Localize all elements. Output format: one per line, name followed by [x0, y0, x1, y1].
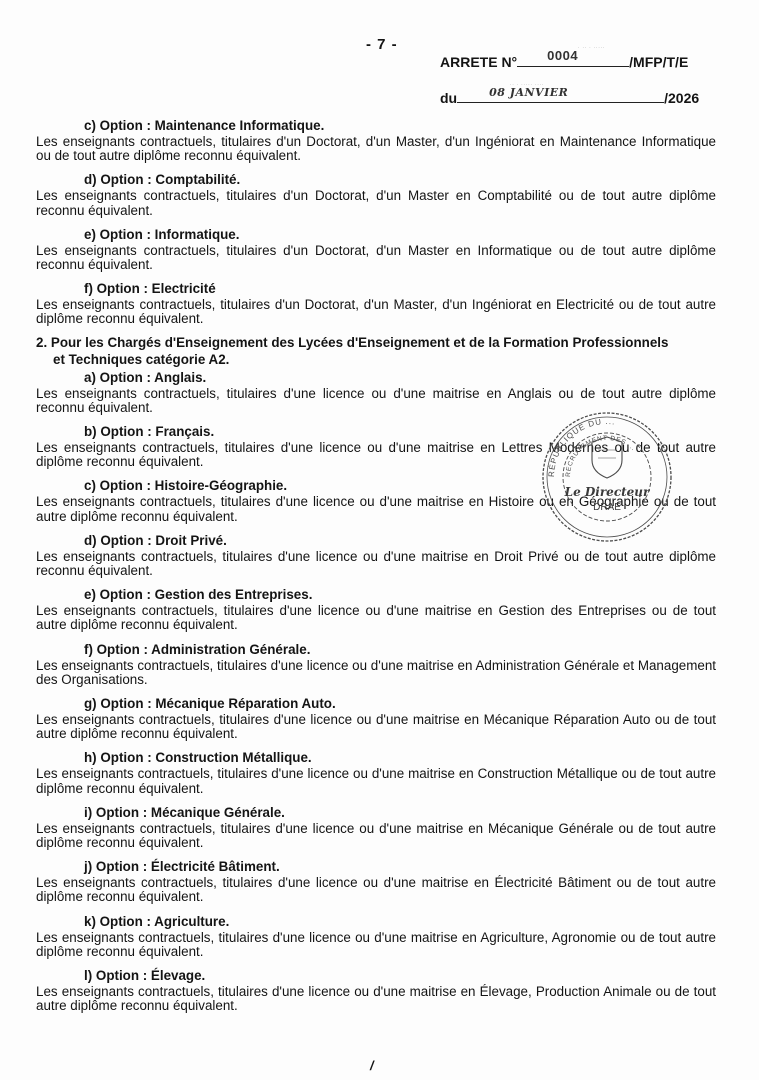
option-description: Les enseignants contractuels, titulaires… [36, 931, 716, 959]
arrete-number-line: ARRETE N°0004/MFP/T/E [440, 52, 725, 70]
section-1-options: c) Option : Maintenance Informatique.Les… [36, 116, 716, 327]
option-description: Les enseignants contractuels, titulaires… [36, 244, 716, 272]
document-page: - 7 - · ·· · ····· ARRETE N°0004/MFP/T/E… [0, 0, 759, 1080]
option-description: Les enseignants contractuels, titulaires… [36, 604, 716, 632]
option-description: Les enseignants contractuels, titulaires… [36, 298, 716, 326]
option-title: j) Option : Électricité Bâtiment. [36, 857, 716, 876]
option-description: Les enseignants contractuels, titulaires… [36, 822, 716, 850]
arrete-label: ARRETE N° [440, 54, 517, 70]
arrete-number-blank: 0004 [517, 52, 629, 67]
option-description: Les enseignants contractuels, titulaires… [36, 550, 716, 578]
option-description: Les enseignants contractuels, titulaires… [36, 767, 716, 795]
option-title: h) Option : Construction Métallique. [36, 748, 716, 767]
option-title: e) Option : Gestion des Entreprises. [36, 585, 716, 604]
option-description: Les enseignants contractuels, titulaires… [36, 189, 716, 217]
option-description: Les enseignants contractuels, titulaires… [36, 441, 716, 469]
option-title: d) Option : Droit Privé. [36, 531, 716, 550]
arrete-date-line: du08 JANVIER/2026 [440, 88, 725, 106]
section-2-title: 2. Pour les Chargés d'Enseignement des L… [36, 334, 716, 368]
option-description: Les enseignants contractuels, titulaires… [36, 876, 716, 904]
option-title: a) Option : Anglais. [36, 368, 716, 387]
option-description: Les enseignants contractuels, titulaires… [36, 135, 716, 163]
option-title: c) Option : Histoire-Géographie. [36, 476, 716, 495]
date-stamp: 08 JANVIER [489, 86, 568, 99]
option-title: f) Option : Administration Générale. [36, 640, 716, 659]
arrete-suffix: /MFP/T/E [629, 54, 688, 70]
option-description: Les enseignants contractuels, titulaires… [36, 387, 716, 415]
option-title: b) Option : Français. [36, 422, 716, 441]
option-title: f) Option : Electricité [36, 279, 716, 298]
section-2-title-line1: 2. Pour les Chargés d'Enseignement des L… [36, 335, 668, 350]
du-label: du [440, 90, 457, 106]
option-description: Les enseignants contractuels, titulaires… [36, 985, 716, 1013]
section-2-options: a) Option : Anglais.Les enseignants cont… [36, 368, 716, 1014]
option-title: k) Option : Agriculture. [36, 912, 716, 931]
arrete-number-stamp: 0004 [547, 48, 578, 63]
option-title: g) Option : Mécanique Réparation Auto. [36, 694, 716, 713]
page-number: - 7 - [366, 36, 398, 53]
option-title: c) Option : Maintenance Informatique. [36, 116, 716, 135]
option-description: Les enseignants contractuels, titulaires… [36, 495, 716, 523]
option-description: Les enseignants contractuels, titulaires… [36, 659, 716, 687]
document-body: c) Option : Maintenance Informatique.Les… [36, 116, 716, 1021]
date-blank: 08 JANVIER [457, 88, 664, 103]
option-title: i) Option : Mécanique Générale. [36, 803, 716, 822]
option-title: d) Option : Comptabilité. [36, 170, 716, 189]
option-description: Les enseignants contractuels, titulaires… [36, 713, 716, 741]
stamp-marks: · ·· · ····· [578, 45, 605, 50]
footer-mark: / [370, 1058, 374, 1073]
year-suffix: /2026 [664, 90, 699, 106]
option-title: e) Option : Informatique. [36, 225, 716, 244]
option-title: l) Option : Élevage. [36, 966, 716, 985]
section-2-title-line2: et Techniques catégorie A2. [36, 351, 716, 368]
